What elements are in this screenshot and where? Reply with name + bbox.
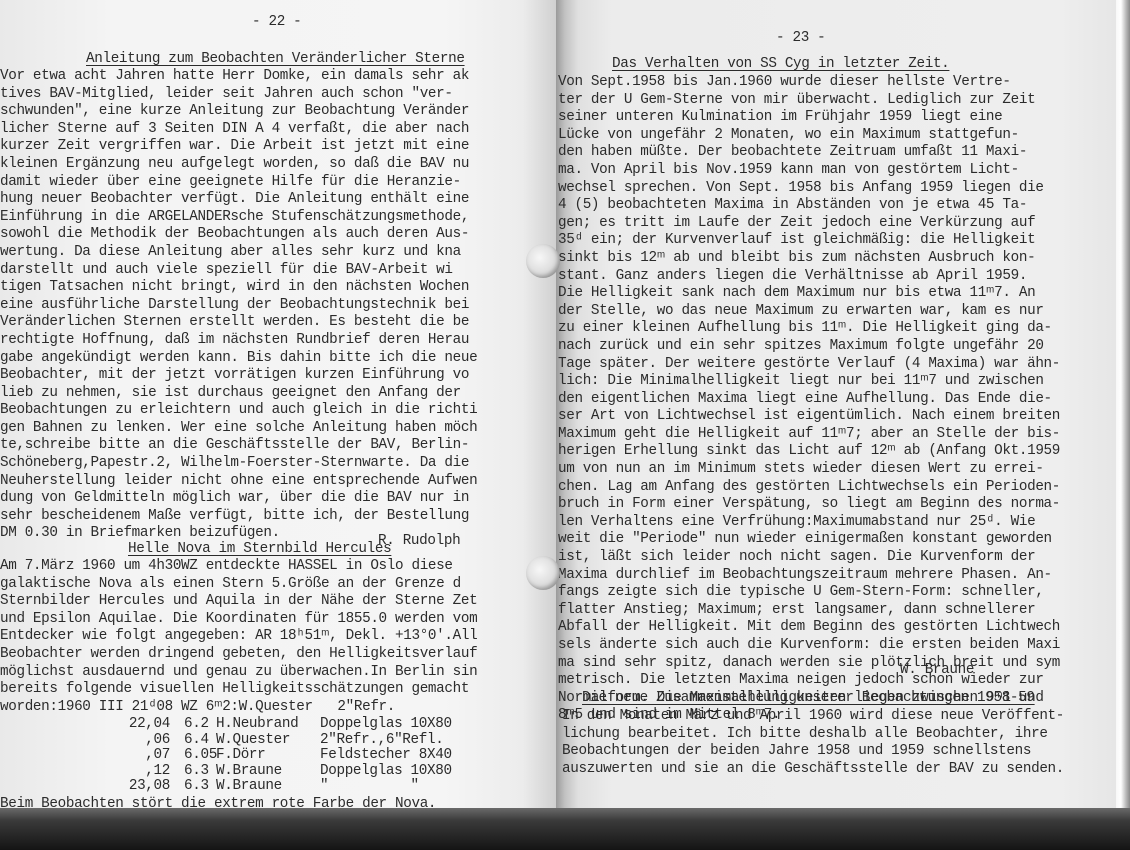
text-line: zu einer kleinen Aufhellung bis 11ᵐ. Die… <box>558 320 1060 338</box>
text-line: Die Helligkeit sank nach dem Maximum nur… <box>558 285 1060 303</box>
text-line: bereits folgende visuellen Helligkeitssc… <box>0 681 477 699</box>
text-line: Beobachtungen zu erleichtern und auch gl… <box>0 402 477 420</box>
page-23: - 23 - Das Verhalten von SS Cyg in letzt… <box>556 0 1116 808</box>
text-line: Maxima durchlief im Beobachtungszeitraum… <box>558 567 1060 585</box>
article-title-ss-cyg: Das Verhalten von SS Cyg in letzter Zeit… <box>612 56 949 74</box>
article-title-anleitung: Anleitung zum Beobachten Veränderlicher … <box>86 51 465 69</box>
text-line: hung neuer Beobachter verfügt. Die Anlei… <box>0 191 477 209</box>
text-line: Abfall der Helligkeit. Mit dem Beginn de… <box>558 619 1060 637</box>
article-title-nova: Helle Nova im Sternbild Hercules <box>128 541 391 559</box>
text-line: Beim Beobachten stört die extrem rote Fa… <box>0 796 436 808</box>
book-spread: - 22 - Anleitung zum Beobachten Veränder… <box>0 0 1130 808</box>
text-line: metrisch. Die letzten Maxima neigen jedo… <box>558 672 1060 690</box>
text-line: bruch in Form einer Verspätung, so liegt… <box>558 496 1060 514</box>
text-line: Tage später. Der weitere gestörte Verlau… <box>558 356 1060 374</box>
text-line: wertung. Da diese Anleitung aber alles s… <box>0 244 477 262</box>
page-edge <box>1116 0 1130 808</box>
text-line: gabe angekündigt werden kann. Bis dahin … <box>0 350 477 368</box>
observation-date: 22,04 <box>0 717 170 733</box>
text-line: ist, läßt sich leider noch nicht sagen. … <box>558 549 1060 567</box>
text-line: licher Sterne auf 3 Seiten DIN A 4 verfa… <box>0 121 477 139</box>
text-line: Vor etwa acht Jahren hatte Herr Domke, e… <box>0 68 477 86</box>
text-line: tigen Tatsachen nicht bringt, wird in de… <box>0 279 477 297</box>
page-22: - 22 - Anleitung zum Beobachten Veränder… <box>0 0 556 808</box>
text-line: damit wieder über eine geeignete Hilfe f… <box>0 174 477 192</box>
text-line: Maximum geht die Helligkeit auf 11ᵐ7; ab… <box>558 426 1060 444</box>
text-line: ma sind sehr spitz, danach werden sie pl… <box>558 655 1060 673</box>
text-line: wechsel sprechen. Von Sept. 1958 bis Anf… <box>558 180 1060 198</box>
text-line: schwunden", eine kurze Anleitung zur Beo… <box>0 103 477 121</box>
page-number: - 23 - <box>776 30 825 48</box>
observation-date: ,12 <box>0 764 170 780</box>
text-line: nach zurück und ein sehr spitzes Maximum… <box>558 338 1060 356</box>
text-line: worden:1960 III 21ᵈ08 WZ 6ᵐ2:W.Quester 2… <box>0 699 477 717</box>
text-line: Schöneberg,Papestr.2, Wilhelm-Foerster-S… <box>0 455 477 473</box>
observation-observer: F.Dörr <box>216 748 265 764</box>
text-line: seiner unteren Kulmination im Frühjahr 1… <box>558 109 1060 127</box>
text-line: len Verhaltens eine Verfrühung:Maximumab… <box>558 514 1060 532</box>
observation-magnitude: 6.3 <box>184 779 209 795</box>
text-line: den haben müßte. Der beobachtete Zeitrua… <box>558 144 1060 162</box>
text-line: der Stelle, wo das neue Maximum zu erwar… <box>558 303 1060 321</box>
text-line: lieb zu nehmen, sie ist durchaus geeigne… <box>0 385 477 403</box>
text-line: sowohl die Methodik der Beobachtungen al… <box>0 226 477 244</box>
text-line: und Epsilon Aquilae. Die Koordinaten für… <box>0 611 477 629</box>
observation-date: ,06 <box>0 733 170 749</box>
text-line: rechtigte Hoffnung, daß im nächsten Rund… <box>0 332 477 350</box>
observation-instrument: Doppelglas 10X80 <box>320 717 452 733</box>
observation-magnitude: 6.05 <box>184 748 217 764</box>
observation-observer: H.Neubrand <box>216 717 298 733</box>
article-closing-nova: Beim Beobachten stört die extrem rote Fa… <box>0 796 436 808</box>
observation-magnitude: 6.4 <box>184 733 209 749</box>
scanner-background <box>0 808 1130 850</box>
observation-magnitude: 6.2 <box>184 717 209 733</box>
text-line: möglichst ausdauernd und genau zu überwa… <box>0 664 477 682</box>
article-body-anleitung: Vor etwa acht Jahren hatte Herr Domke, e… <box>0 68 477 543</box>
text-line: weit die "Periode" nun wieder einigermaß… <box>558 531 1060 549</box>
observation-observer: W.Braune <box>216 779 282 795</box>
text-line: Beobachtungen der beiden Jahre 1958 und … <box>562 743 1064 761</box>
text-line: 4 (5) beobachteten Maxima in Abständen v… <box>558 197 1060 215</box>
text-line: Einführung in die ARGELANDERsche Stufens… <box>0 209 477 227</box>
text-line: flatter Anstieg; Maximum; erst langsamer… <box>558 602 1060 620</box>
article-body-nova: Am 7.März 1960 um 4h30WZ entdeckte HASSE… <box>0 558 477 716</box>
text-line: ser Art von Lichtwechsel ist eigentümlic… <box>558 408 1060 426</box>
text-line: stant. Ganz anders liegen die Verhältnis… <box>558 268 1060 286</box>
text-line: den eigentlichen Maxima liegt eine Aufhe… <box>558 391 1060 409</box>
text-line: Beobachter werden dringend gebeten, den … <box>0 646 477 664</box>
signature-braune: W. Braune <box>900 662 974 680</box>
observation-date: 23,08 <box>0 779 170 795</box>
observation-observer: W.Braune <box>216 764 282 780</box>
text-line: lichung bearbeitet. Ich bitte deshalb al… <box>562 726 1064 744</box>
text-line: 35ᵈ ein; der Kurvenverlauf ist gleichmäß… <box>558 232 1060 250</box>
article-body-zusammenstellung: In den Monaten März und April 1960 wird … <box>562 708 1064 778</box>
observation-instrument: Feldstecher 8X40 <box>320 748 452 764</box>
page-number: - 22 - <box>252 14 301 32</box>
text-line: ma. Von April bis Nov.1959 kann man von … <box>558 162 1060 180</box>
text-line: Am 7.März 1960 um 4h30WZ entdeckte HASSE… <box>0 558 477 576</box>
text-line: Von Sept.1958 bis Jan.1960 wurde dieser … <box>558 74 1060 92</box>
punch-hole <box>526 244 560 278</box>
text-line: darstellt und auch viele speziell für di… <box>0 262 477 280</box>
text-line: um von nun an im Minimum stets wieder di… <box>558 461 1060 479</box>
text-line: auszuwerten und sie an die Geschäftsstel… <box>562 761 1064 779</box>
article-body-ss-cyg: Von Sept.1958 bis Jan.1960 wurde dieser … <box>558 74 1060 725</box>
text-line: gen Bahnen zu lenken. Wer eine solche An… <box>0 420 477 438</box>
text-line: Beobachter, mit der jetzt vorrätigen kur… <box>0 367 477 385</box>
text-line: dung von Geldmitteln möglich war, über d… <box>0 490 477 508</box>
text-line: chen. Lag am Anfang des gestörten Lichtw… <box>558 479 1060 497</box>
observation-instrument: " " <box>320 779 419 795</box>
text-line: eine ausführliche Darstellung der Beobac… <box>0 297 477 315</box>
observation-instrument: Doppelglas 10X80 <box>320 764 452 780</box>
observation-date: ,07 <box>0 748 170 764</box>
observation-instrument: 2"Refr.,6"Refl. <box>320 733 443 749</box>
text-line: sehr bescheidenem Maße verfügt, bitte ic… <box>0 508 477 526</box>
text-line: tives BAV-Mitglied, leider seit Jahren a… <box>0 86 477 104</box>
text-line: kurzer Zeit vergriffen war. Die Arbeit i… <box>0 138 477 156</box>
text-line: ter der U Gem-Sterne von mir überwacht. … <box>558 92 1060 110</box>
text-line: Sternbilder Hercules und Aquila in der N… <box>0 593 477 611</box>
text-line: Lücke von ungefähr 2 Monaten, wo ein Max… <box>558 127 1060 145</box>
text-line: kleinen Ergänzung neu aufgelegt worden, … <box>0 156 477 174</box>
article-title-zusammenstellung: Die neue Zusammenstellung unserer Beobac… <box>582 690 1035 708</box>
text-line: sels änderte sich auch die Kurvenform: d… <box>558 637 1060 655</box>
text-line: herigen Erhellung sinkt das Licht auf 12… <box>558 443 1060 461</box>
observation-magnitude: 6.3 <box>184 764 209 780</box>
text-line: In den Monaten März und April 1960 wird … <box>562 708 1064 726</box>
text-line: Neuherstellung leider nicht ohne eine en… <box>0 473 477 491</box>
observation-observer: W.Quester <box>216 733 290 749</box>
text-line: fangs zeigte sich die typische U Gem-Ste… <box>558 584 1060 602</box>
text-line: galaktische Nova als einen Stern 5.Größe… <box>0 576 477 594</box>
punch-hole <box>526 556 560 590</box>
text-line: Entdecker wie folgt angegeben: AR 18ʰ51ᵐ… <box>0 628 477 646</box>
text-line: Veränderlichen Sternen erstellt werden. … <box>0 314 477 332</box>
text-line: lich: Die Minimalhelligkeit liegt nur be… <box>558 373 1060 391</box>
text-line: sinkt bis 12ᵐ ab und bleibt bis zum näch… <box>558 250 1060 268</box>
text-line: gen; es tritt im Laufe der Zeit jedoch e… <box>558 215 1060 233</box>
text-line: te,schreibe bitte an die Geschäftsstelle… <box>0 437 477 455</box>
